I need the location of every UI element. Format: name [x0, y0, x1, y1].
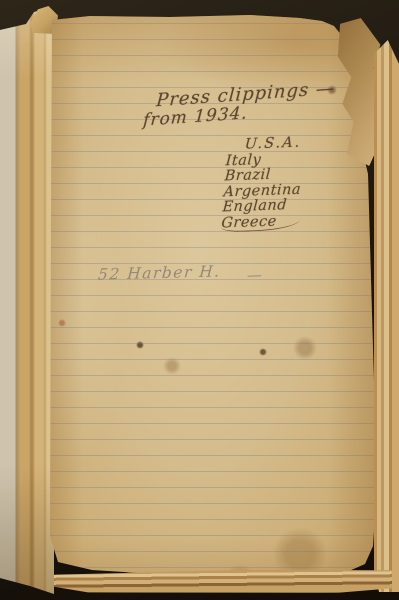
- handwritten-pencil-dash: —: [247, 268, 263, 284]
- book-cover-strip: [0, 8, 54, 594]
- handwritten-country-list: U.S.A. Italy Brazil Argentina England Gr…: [221, 136, 305, 233]
- country-item-greece: Greece: [221, 213, 300, 232]
- handwritten-pencil-note: 52 Harber H.: [97, 264, 221, 283]
- page-right-edges: [374, 40, 399, 592]
- page-bottom-edges: [54, 568, 392, 598]
- notebook-photo: Press clippings — from 1934. U.S.A. Ital…: [0, 0, 399, 600]
- country-item-usa: U.S.A.: [244, 136, 305, 154]
